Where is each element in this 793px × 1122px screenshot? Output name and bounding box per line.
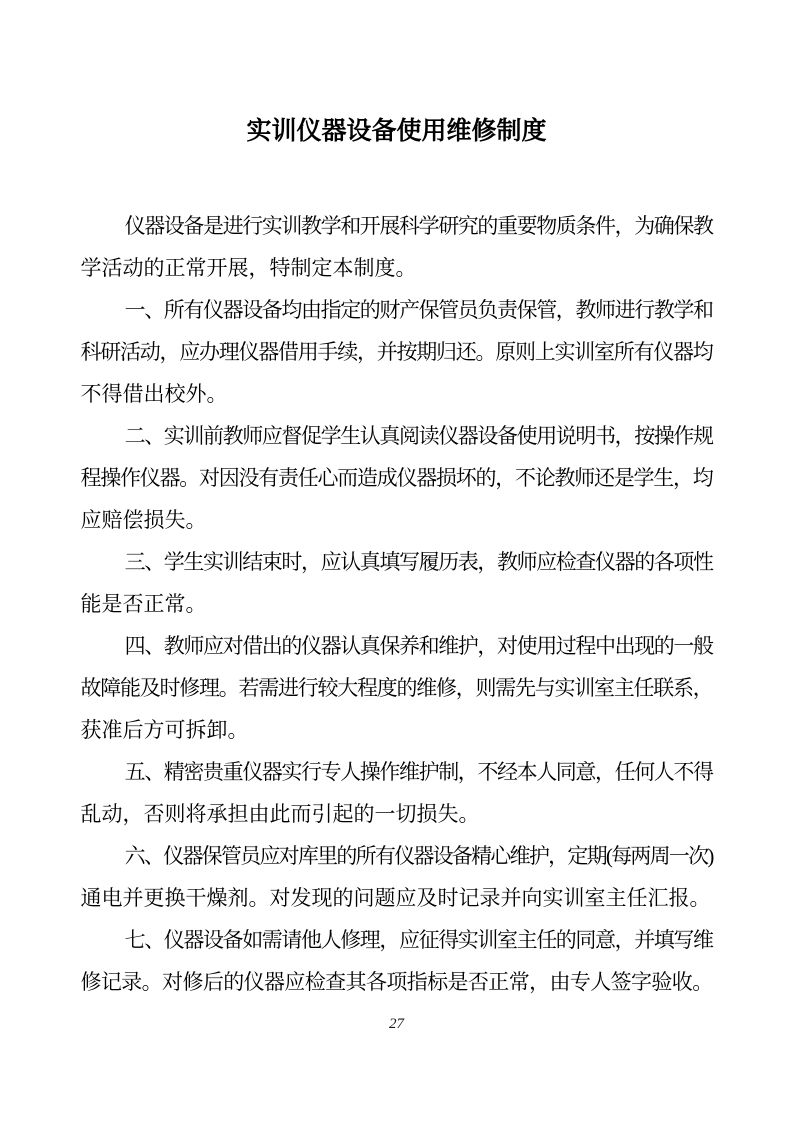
text-line: 学活动的正常开展，特制定本制度。 [81,247,713,289]
text-line: 乱动，否则将承担由此而引起的一切损失。 [81,793,713,835]
text-line: 故障能及时修理。若需进行较大程度的维修，则需先与实训室主任联系， [81,667,713,709]
text-line: 三、学生实训结束时，应认真填写履历表，教师应检查仪器的各项性 [81,541,713,583]
text-line: 七、仪器设备如需请他人修理，应征得实训室主任的同意，并填写维 [81,919,713,961]
text-line: 科研活动，应办理仪器借用手续，并按期归还。原则上实训室所有仪器均 [81,331,713,373]
text-line: 一、所有仪器设备均由指定的财产保管员负责保管，教师进行教学和 [81,289,713,331]
text-line: 五、精密贵重仪器实行专人操作维护制，不经本人同意，任何人不得 [81,751,713,793]
text-line: 应赔偿损失。 [81,499,713,541]
page-number: 27 [0,1009,793,1039]
text-line: 六、仪器保管员应对库里的所有仪器设备精心维护，定期(每两周一次) [81,835,713,877]
text-line: 仪器设备是进行实训教学和开展科学研究的重要物质条件，为确保教 [81,205,713,247]
text-line: 程操作仪器。对因没有责任心而造成仪器损坏的，不论教师还是学生，均 [81,457,713,499]
text-line: 二、实训前教师应督促学生认真阅读仪器设备使用说明书，按操作规 [81,415,713,457]
text-line: 不得借出校外。 [81,373,713,415]
document-title: 实训仪器设备使用维修制度 [0,0,793,152]
text-line: 获准后方可拆卸。 [81,709,713,751]
document-body: 仪器设备是进行实训教学和开展科学研究的重要物质条件，为确保教学活动的正常开展，特… [81,205,713,1003]
text-line: 通电并更换干燥剂。对发现的问题应及时记录并向实训室主任汇报。 [81,877,713,919]
text-line: 修记录。对修后的仪器应检查其各项指标是否正常，由专人签字验收。 [81,961,713,1003]
document-page: 实训仪器设备使用维修制度 仪器设备是进行实训教学和开展科学研究的重要物质条件，为… [0,0,793,1122]
text-line: 四、教师应对借出的仪器认真保养和维护，对使用过程中出现的一般 [81,625,713,667]
text-line: 能是否正常。 [81,583,713,625]
